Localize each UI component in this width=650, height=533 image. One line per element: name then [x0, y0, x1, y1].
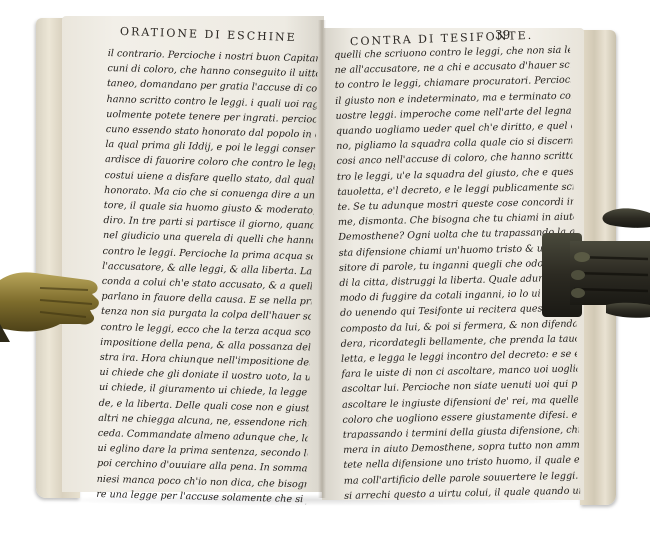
right-hand-holder-icon — [540, 205, 650, 320]
page-number: 39 — [495, 28, 510, 42]
left-page-text: il contrario. Percioche i nostri buon Ca… — [96, 46, 318, 507]
left-hand-holder-icon — [0, 262, 100, 342]
open-book: ORATIONE DI ESCHINE CONTRA DI TESIFONTE.… — [0, 0, 650, 533]
book-gutter — [318, 20, 326, 498]
